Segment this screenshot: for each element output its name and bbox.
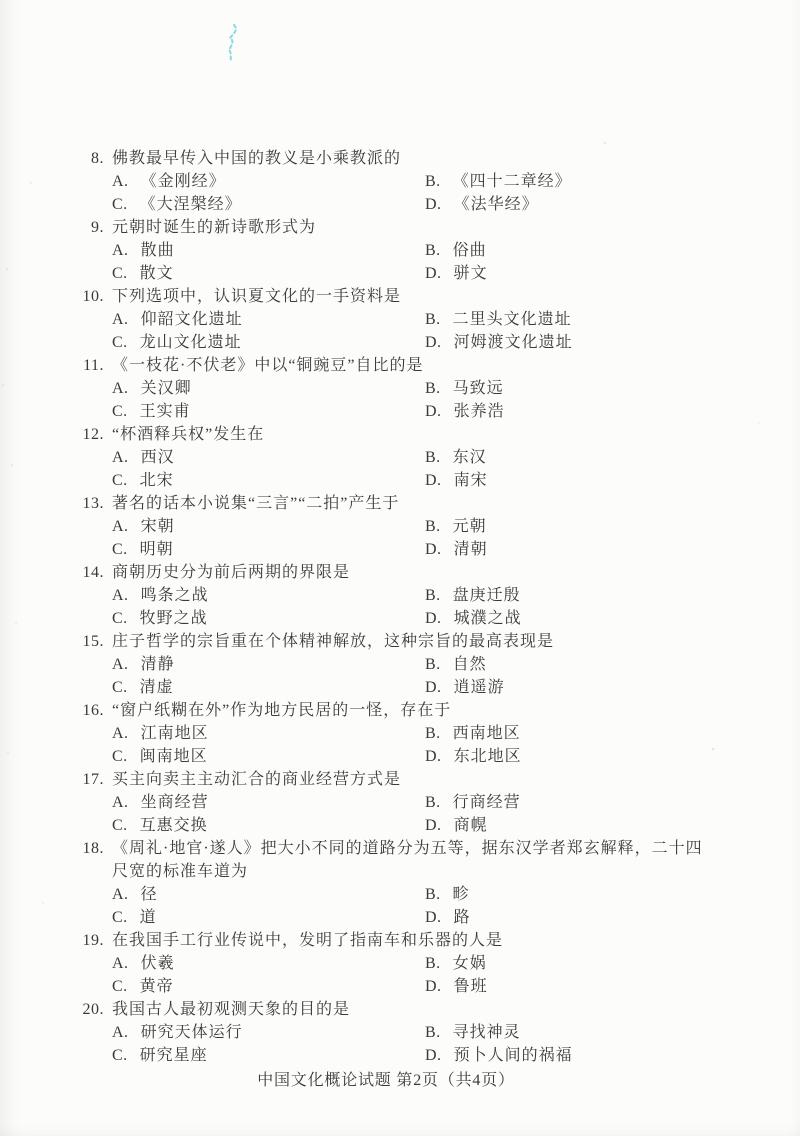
question-options: A.关汉卿 B.马致远 C.王实甫 D.张养浩 xyxy=(112,377,760,423)
option-a: A.伏羲 xyxy=(112,952,425,975)
exam-page-scan: 8. 佛教最早传入中国的教义是小乘教派的 A.《金刚经》 B.《四十二章经》 C… xyxy=(0,0,800,1136)
option-label: C. xyxy=(112,541,128,558)
question-text: “杯酒释兵权”发生在 xyxy=(112,423,264,446)
option-text: 龙山文化遗址 xyxy=(140,334,242,351)
option-text: 北宋 xyxy=(140,472,174,489)
option-b: B.盘庚迁殷 xyxy=(425,584,760,607)
option-text: 河姆渡文化遗址 xyxy=(454,334,573,351)
question-block: 18. 《周礼·地官·遂人》把大小不同的道路分为五等，据东汉学者郑玄解释，二十四… xyxy=(60,837,760,929)
option-label: D. xyxy=(425,403,442,420)
question-options: A.清静 B.自然 C.清虚 D.逍遥游 xyxy=(112,653,760,699)
option-text: 研究天体运行 xyxy=(141,1024,243,1041)
question-text: 我国古人最初观测天象的目的是 xyxy=(112,998,350,1021)
option-label: D. xyxy=(425,265,442,282)
option-b: B.二里头文化遗址 xyxy=(425,308,760,331)
option-c: C.互惠交换 xyxy=(112,814,425,837)
question-number: 14. xyxy=(60,561,104,584)
option-text: 西南地区 xyxy=(453,725,521,742)
option-text: 元朝 xyxy=(453,518,487,535)
option-label: D. xyxy=(425,817,442,834)
question-text: “窗户纸糊在外”作为地方民居的一怪，存在于 xyxy=(112,699,451,722)
option-c: C.《大涅槃经》 xyxy=(112,193,425,216)
option-c: C.王实甫 xyxy=(112,400,425,423)
option-text: 寻找神灵 xyxy=(453,1024,521,1041)
option-b: B.元朝 xyxy=(425,515,760,538)
question-number: 20. xyxy=(60,998,104,1021)
option-b: B.《四十二章经》 xyxy=(425,170,760,193)
option-a: A.江南地区 xyxy=(112,722,425,745)
option-text: 清虚 xyxy=(140,679,174,696)
option-text: 《法华经》 xyxy=(454,196,539,213)
option-text: 散文 xyxy=(140,265,174,282)
question-text: 著名的话本小说集“三言”“二拍”产生于 xyxy=(112,492,399,515)
option-label: A. xyxy=(112,886,129,903)
option-b: B.寻找神灵 xyxy=(425,1021,760,1044)
option-label: D. xyxy=(425,679,442,696)
question-options: A.伏羲 B.女娲 C.黄帝 D.鲁班 xyxy=(112,952,760,998)
option-text: 南宋 xyxy=(454,472,488,489)
option-label: C. xyxy=(112,610,128,627)
option-text: 关汉卿 xyxy=(141,380,192,397)
question-number: 13. xyxy=(60,492,104,515)
option-text: 自然 xyxy=(453,656,487,673)
option-d: D.路 xyxy=(425,906,760,929)
option-d: D.张养浩 xyxy=(425,400,760,423)
option-b: B.马致远 xyxy=(425,377,760,400)
option-a: A.鸣条之战 xyxy=(112,584,425,607)
option-d: D.城濮之战 xyxy=(425,607,760,630)
option-text: 张养浩 xyxy=(454,403,505,420)
option-a: A.坐商经营 xyxy=(112,791,425,814)
option-d: D.鲁班 xyxy=(425,975,760,998)
option-label: D. xyxy=(425,1047,442,1064)
option-a: A.径 xyxy=(112,883,425,906)
question-number: 15. xyxy=(60,630,104,653)
option-label: A. xyxy=(112,449,129,466)
option-text: 城濮之战 xyxy=(454,610,522,627)
option-text: 预卜人间的祸福 xyxy=(454,1047,573,1064)
option-label: C. xyxy=(112,748,128,765)
question-block: 17. 买主向卖主主动汇合的商业经营方式是 A.坐商经营 B.行商经营 C.互惠… xyxy=(60,768,760,837)
option-text: 闽南地区 xyxy=(140,748,208,765)
option-label: C. xyxy=(112,909,128,926)
page-footer: 中国文化概论试题 第2页（共4页） xyxy=(0,1067,772,1090)
option-label: B. xyxy=(425,518,441,535)
option-label: C. xyxy=(112,265,128,282)
option-label: B. xyxy=(425,1024,441,1041)
option-c: C.散文 xyxy=(112,262,425,285)
option-label: A. xyxy=(112,173,129,190)
question-text: 《一枝花·不伏老》中以“铜豌豆”自比的是 xyxy=(112,354,424,377)
option-text: 逍遥游 xyxy=(454,679,505,696)
option-label: A. xyxy=(112,242,129,259)
option-b: B.东汉 xyxy=(425,446,760,469)
option-text: 西汉 xyxy=(141,449,175,466)
scan-squiggle-mark xyxy=(219,22,243,62)
question-text: 元朝时诞生的新诗歌形式为 xyxy=(112,216,316,239)
question-title-row: 17. 买主向卖主主动汇合的商业经营方式是 xyxy=(60,768,760,791)
question-options: A.散曲 B.俗曲 C.散文 D.骈文 xyxy=(112,239,760,285)
option-c: C.明朝 xyxy=(112,538,425,561)
option-b: B.女娲 xyxy=(425,952,760,975)
option-text: 女娲 xyxy=(453,955,487,972)
option-text: 清朝 xyxy=(454,541,488,558)
question-title-row: 16. “窗户纸糊在外”作为地方民居的一怪，存在于 xyxy=(60,699,760,722)
option-label: D. xyxy=(425,909,442,926)
question-options: A.宋朝 B.元朝 C.明朝 D.清朝 xyxy=(112,515,760,561)
question-title-row: 19. 在我国手工行业传说中，发明了指南车和乐器的人是 xyxy=(60,929,760,952)
question-block: 12. “杯酒释兵权”发生在 A.西汉 B.东汉 C.北宋 D.南宋 xyxy=(60,423,760,492)
option-d: D.商幌 xyxy=(425,814,760,837)
question-options: A.仰韶文化遗址 B.二里头文化遗址 C.龙山文化遗址 D.河姆渡文化遗址 xyxy=(112,308,760,354)
question-number: 8. xyxy=(60,147,104,170)
option-label: A. xyxy=(112,1024,129,1041)
option-text: 骈文 xyxy=(454,265,488,282)
option-label: C. xyxy=(112,334,128,351)
option-label: B. xyxy=(425,725,441,742)
option-label: B. xyxy=(425,173,441,190)
option-text: 盘庚迁殷 xyxy=(453,587,521,604)
option-label: A. xyxy=(112,311,129,328)
option-c: C.龙山文化遗址 xyxy=(112,331,425,354)
option-label: C. xyxy=(112,817,128,834)
option-a: A.西汉 xyxy=(112,446,425,469)
option-label: B. xyxy=(425,242,441,259)
option-label: C. xyxy=(112,472,128,489)
question-number: 16. xyxy=(60,699,104,722)
option-text: 明朝 xyxy=(140,541,174,558)
option-text: 马致远 xyxy=(453,380,504,397)
option-label: A. xyxy=(112,656,129,673)
scan-noise-specks xyxy=(0,0,2,2)
option-a: A.散曲 xyxy=(112,239,425,262)
option-label: D. xyxy=(425,472,442,489)
option-d: D.南宋 xyxy=(425,469,760,492)
option-label: B. xyxy=(425,955,441,972)
option-a: A.《金刚经》 xyxy=(112,170,425,193)
question-options: A.坐商经营 B.行商经营 C.互惠交换 D.商幌 xyxy=(112,791,760,837)
question-block: 13. 著名的话本小说集“三言”“二拍”产生于 A.宋朝 B.元朝 C.明朝 D… xyxy=(60,492,760,561)
question-title-row: 11. 《一枝花·不伏老》中以“铜豌豆”自比的是 xyxy=(60,354,760,377)
question-list: 8. 佛教最早传入中国的教义是小乘教派的 A.《金刚经》 B.《四十二章经》 C… xyxy=(60,147,760,1067)
question-text: 商朝历史分为前后两期的界限是 xyxy=(112,561,350,584)
question-block: 20. 我国古人最初观测天象的目的是 A.研究天体运行 B.寻找神灵 C.研究星… xyxy=(60,998,760,1067)
option-text: 行商经营 xyxy=(453,794,521,811)
option-text: 江南地区 xyxy=(141,725,209,742)
option-c: C.牧野之战 xyxy=(112,607,425,630)
question-block: 14. 商朝历史分为前后两期的界限是 A.鸣条之战 B.盘庚迁殷 C.牧野之战 … xyxy=(60,561,760,630)
option-c: C.北宋 xyxy=(112,469,425,492)
footer-text: 中国文化概论试题 第2页（共4页） xyxy=(257,1072,515,1089)
option-text: 王实甫 xyxy=(140,403,191,420)
option-text: 宋朝 xyxy=(141,518,175,535)
option-label: D. xyxy=(425,196,442,213)
option-label: A. xyxy=(112,955,129,972)
option-text: 研究星座 xyxy=(140,1047,208,1064)
option-label: D. xyxy=(425,334,442,351)
option-text: 牧野之战 xyxy=(140,610,208,627)
option-label: C. xyxy=(112,403,128,420)
question-text: 庄子哲学的宗旨重在个体精神解放，这种宗旨的最高表现是 xyxy=(112,630,554,653)
option-text: 俗曲 xyxy=(453,242,487,259)
question-block: 10. 下列选项中，认识夏文化的一手资料是 A.仰韶文化遗址 B.二里头文化遗址… xyxy=(60,285,760,354)
question-title-row: 14. 商朝历史分为前后两期的界限是 xyxy=(60,561,760,584)
option-b: B.西南地区 xyxy=(425,722,760,745)
option-label: A. xyxy=(112,587,129,604)
question-number: 18. xyxy=(60,837,104,860)
question-title-row: 12. “杯酒释兵权”发生在 xyxy=(60,423,760,446)
option-label: B. xyxy=(425,449,441,466)
question-options: A.径 B.畛 C.道 D.路 xyxy=(112,883,760,929)
option-a: A.清静 xyxy=(112,653,425,676)
option-text: 商幌 xyxy=(454,817,488,834)
option-text: 清静 xyxy=(141,656,175,673)
option-c: C.黄帝 xyxy=(112,975,425,998)
question-title-row: 15. 庄子哲学的宗旨重在个体精神解放，这种宗旨的最高表现是 xyxy=(60,630,760,653)
option-d: D.逍遥游 xyxy=(425,676,760,699)
question-number: 17. xyxy=(60,768,104,791)
option-d: D.清朝 xyxy=(425,538,760,561)
option-text: 东北地区 xyxy=(454,748,522,765)
option-d: D.预卜人间的祸福 xyxy=(425,1044,760,1067)
option-label: A. xyxy=(112,794,129,811)
question-title-row: 13. 著名的话本小说集“三言”“二拍”产生于 xyxy=(60,492,760,515)
question-block: 8. 佛教最早传入中国的教义是小乘教派的 A.《金刚经》 B.《四十二章经》 C… xyxy=(60,147,760,216)
option-label: A. xyxy=(112,725,129,742)
option-c: C.清虚 xyxy=(112,676,425,699)
question-text: 佛教最早传入中国的教义是小乘教派的 xyxy=(112,147,401,170)
option-label: D. xyxy=(425,541,442,558)
question-text: 《周礼·地官·遂人》把大小不同的道路分为五等，据东汉学者郑玄解释，二十四 xyxy=(112,837,703,860)
option-text: 路 xyxy=(454,909,471,926)
option-text: 坐商经营 xyxy=(141,794,209,811)
option-d: D.《法华经》 xyxy=(425,193,760,216)
option-label: C. xyxy=(112,679,128,696)
option-d: D.河姆渡文化遗址 xyxy=(425,331,760,354)
question-number: 12. xyxy=(60,423,104,446)
question-options: A.研究天体运行 B.寻找神灵 C.研究星座 D.预卜人间的祸福 xyxy=(112,1021,760,1067)
question-title-row: 10. 下列选项中，认识夏文化的一手资料是 xyxy=(60,285,760,308)
option-a: A.研究天体运行 xyxy=(112,1021,425,1044)
option-c: C.闽南地区 xyxy=(112,745,425,768)
option-label: D. xyxy=(425,748,442,765)
option-text: 《金刚经》 xyxy=(141,173,226,190)
question-text: 下列选项中，认识夏文化的一手资料是 xyxy=(112,285,401,308)
option-text: 仰韶文化遗址 xyxy=(141,311,243,328)
question-title-row: 9. 元朝时诞生的新诗歌形式为 xyxy=(60,216,760,239)
option-text: 伏羲 xyxy=(141,955,175,972)
question-title-row: 18. 《周礼·地官·遂人》把大小不同的道路分为五等，据东汉学者郑玄解释，二十四 xyxy=(60,837,760,860)
option-label: B. xyxy=(425,656,441,673)
option-b: B.畛 xyxy=(425,883,760,906)
option-text: 鲁班 xyxy=(454,978,488,995)
question-number: 9. xyxy=(60,216,104,239)
option-c: C.研究星座 xyxy=(112,1044,425,1067)
option-label: C. xyxy=(112,196,128,213)
option-text: 鸣条之战 xyxy=(141,587,209,604)
option-text: 东汉 xyxy=(453,449,487,466)
option-label: D. xyxy=(425,978,442,995)
question-block: 11. 《一枝花·不伏老》中以“铜豌豆”自比的是 A.关汉卿 B.马致远 C.王… xyxy=(60,354,760,423)
question-title-row: 20. 我国古人最初观测天象的目的是 xyxy=(60,998,760,1021)
question-block: 9. 元朝时诞生的新诗歌形式为 A.散曲 B.俗曲 C.散文 D.骈文 xyxy=(60,216,760,285)
option-label: B. xyxy=(425,311,441,328)
option-text: 黄帝 xyxy=(140,978,174,995)
question-number: 10. xyxy=(60,285,104,308)
question-options: A.江南地区 B.西南地区 C.闽南地区 D.东北地区 xyxy=(112,722,760,768)
option-b: B.自然 xyxy=(425,653,760,676)
question-options: A.西汉 B.东汉 C.北宋 D.南宋 xyxy=(112,446,760,492)
option-text: 散曲 xyxy=(141,242,175,259)
option-a: A.关汉卿 xyxy=(112,377,425,400)
option-label: C. xyxy=(112,978,128,995)
option-a: A.宋朝 xyxy=(112,515,425,538)
option-d: D.骈文 xyxy=(425,262,760,285)
question-block: 15. 庄子哲学的宗旨重在个体精神解放，这种宗旨的最高表现是 A.清静 B.自然… xyxy=(60,630,760,699)
question-text-line2: 尺宽的标准车道为 xyxy=(112,860,760,883)
question-block: 19. 在我国手工行业传说中，发明了指南车和乐器的人是 A.伏羲 B.女娲 C.… xyxy=(60,929,760,998)
option-label: D. xyxy=(425,610,442,627)
option-label: A. xyxy=(112,518,129,535)
question-number: 19. xyxy=(60,929,104,952)
option-a: A.仰韶文化遗址 xyxy=(112,308,425,331)
option-label: A. xyxy=(112,380,129,397)
question-text: 买主向卖主主动汇合的商业经营方式是 xyxy=(112,768,401,791)
option-label: B. xyxy=(425,886,441,903)
question-text: 在我国手工行业传说中，发明了指南车和乐器的人是 xyxy=(112,929,503,952)
option-b: B.俗曲 xyxy=(425,239,760,262)
option-text: 《大涅槃经》 xyxy=(140,196,242,213)
option-b: B.行商经营 xyxy=(425,791,760,814)
option-text: 二里头文化遗址 xyxy=(453,311,572,328)
option-text: 《四十二章经》 xyxy=(453,173,572,190)
option-label: B. xyxy=(425,794,441,811)
option-text: 畛 xyxy=(453,886,470,903)
option-label: C. xyxy=(112,1047,128,1064)
option-d: D.东北地区 xyxy=(425,745,760,768)
question-block: 16. “窗户纸糊在外”作为地方民居的一怪，存在于 A.江南地区 B.西南地区 … xyxy=(60,699,760,768)
option-text: 径 xyxy=(141,886,158,903)
option-label: B. xyxy=(425,587,441,604)
option-text: 互惠交换 xyxy=(140,817,208,834)
question-title-row: 8. 佛教最早传入中国的教义是小乘教派的 xyxy=(60,147,760,170)
question-options: A.鸣条之战 B.盘庚迁殷 C.牧野之战 D.城濮之战 xyxy=(112,584,760,630)
question-number: 11. xyxy=(60,354,104,377)
question-options: A.《金刚经》 B.《四十二章经》 C.《大涅槃经》 D.《法华经》 xyxy=(112,170,760,216)
option-c: C.道 xyxy=(112,906,425,929)
option-text: 道 xyxy=(140,909,157,926)
option-label: B. xyxy=(425,380,441,397)
